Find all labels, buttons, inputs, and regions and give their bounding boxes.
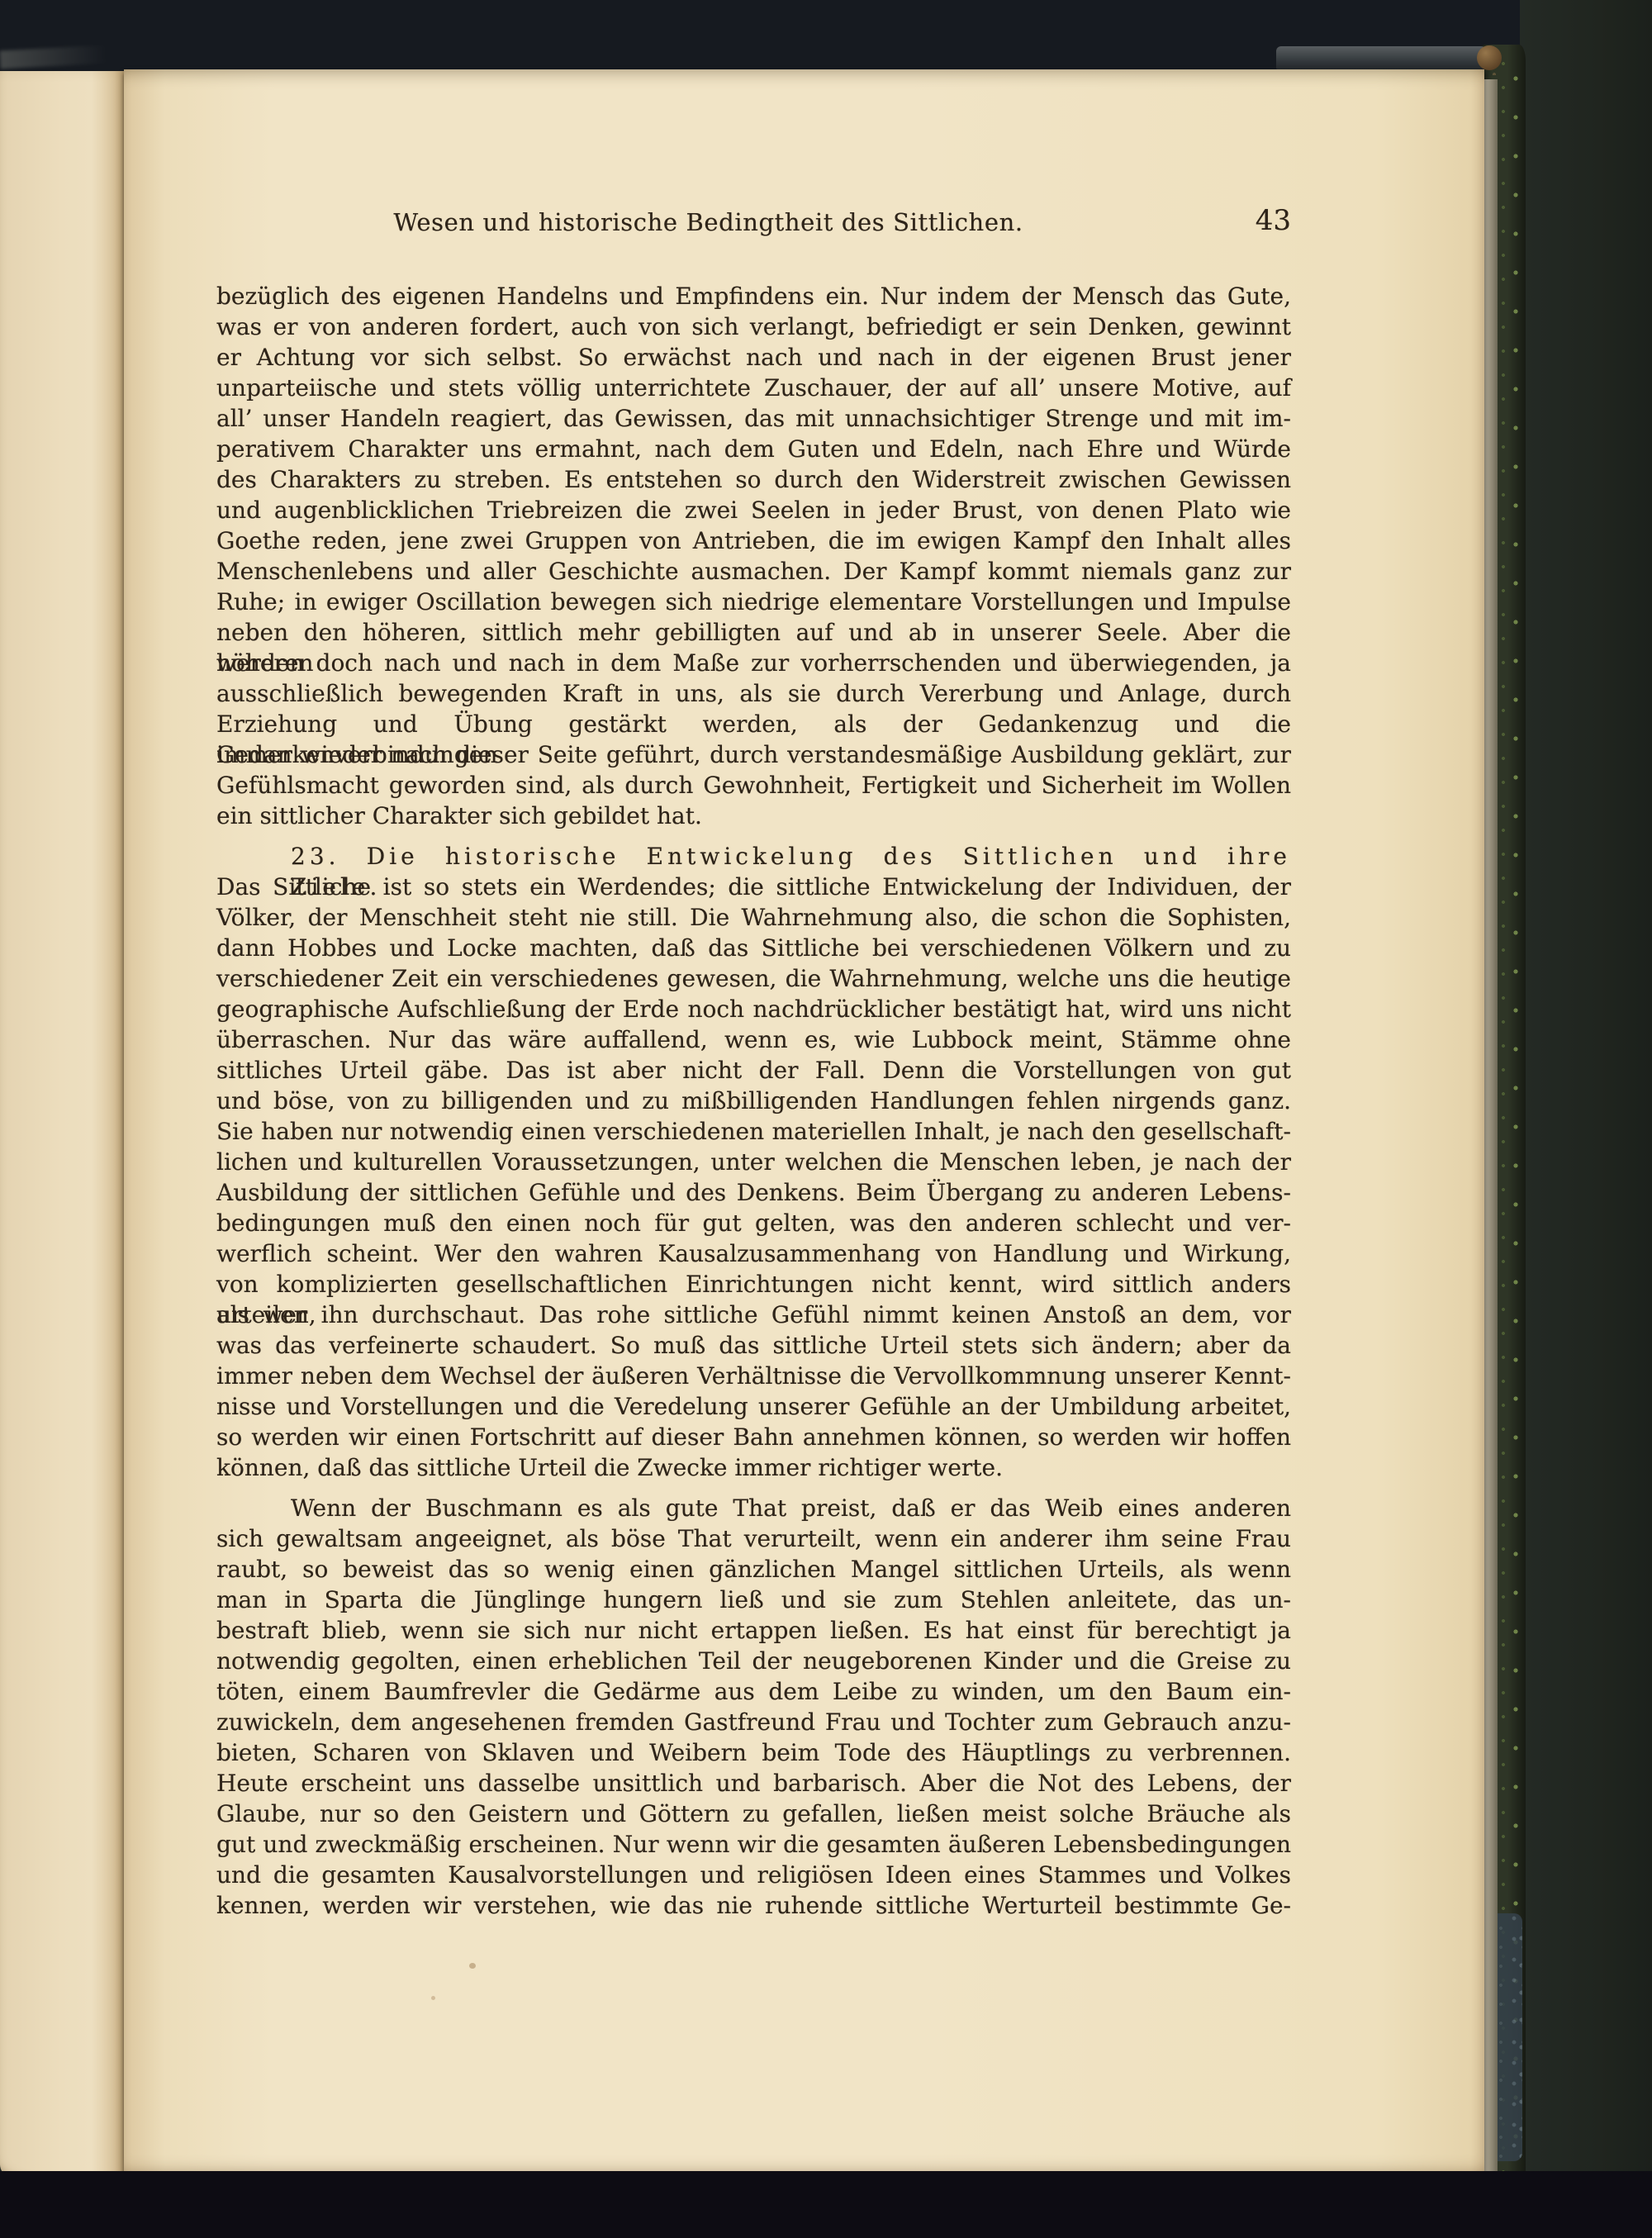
text-line: lichen und kulturellen Voraussetzungen, … <box>216 1147 1291 1177</box>
paper-speck <box>469 1963 476 1969</box>
paper-speck <box>431 1996 435 2000</box>
text-line: so werden wir einen Fortschritt auf dies… <box>216 1422 1291 1452</box>
text-line: kennen, werden wir verstehen, wie das ni… <box>216 1890 1291 1921</box>
text-line: Gefühlsmacht geworden sind, als durch Ge… <box>216 770 1291 801</box>
text-line: Erziehung und Übung gestärkt werden, als… <box>216 709 1291 739</box>
section-heading-line: 23. Die historische Entwickelung des Sit… <box>216 841 1291 872</box>
text-line: dann Hobbes und Locke machten, daß das S… <box>216 933 1291 963</box>
text-line: und böse, von zu billigenden und zu mißb… <box>216 1086 1291 1116</box>
text-line: perativem Charakter uns ermahnt, nach de… <box>216 434 1291 464</box>
paragraph: Wenn der Buschmann es als gute That prei… <box>216 1493 1291 1921</box>
text-line: als wer ihn durchschaut. Das rohe sittli… <box>216 1300 1291 1330</box>
text-line: Ruhe; in ewiger Oscillation bewegen sich… <box>216 587 1291 617</box>
text-line: Wenn der Buschmann es als gute That prei… <box>216 1493 1291 1523</box>
text-line: raubt, so beweist das so wenig einen gän… <box>216 1554 1291 1585</box>
text-line: bedingungen muß den einen noch für gut g… <box>216 1208 1291 1238</box>
scan-background-bottom <box>0 2171 1652 2238</box>
text-line: er Achtung vor sich selbst. So erwächst … <box>216 342 1291 373</box>
text-line: Heute erscheint uns dasselbe unsittlich … <box>216 1768 1291 1798</box>
text-line: Menschenlebens und aller Geschichte ausm… <box>216 556 1291 587</box>
paragraph: 23. Die historische Entwickelung des Sit… <box>216 841 1291 1483</box>
text-line: werden doch nach und nach in dem Maße zu… <box>216 648 1291 678</box>
text-line: Völker, der Menschheit steht nie still. … <box>216 902 1291 933</box>
text-line: all’ unser Handeln reagiert, das Gewisse… <box>216 403 1291 434</box>
page-number: 43 <box>1256 204 1291 237</box>
text-line: geographische Aufschließung der Erde noc… <box>216 994 1291 1024</box>
text-line: sittliches Urteil gäbe. Das ist aber nic… <box>216 1055 1291 1086</box>
text-line: man in Sparta die Jünglinge hungern ließ… <box>216 1585 1291 1615</box>
text-line: was das verfeinerte schaudert. So muß da… <box>216 1330 1291 1361</box>
text-line: werflich scheint. Wer den wahren Kausalz… <box>216 1238 1291 1269</box>
text-line: töten, einem Baumfrevler die Gedärme aus… <box>216 1676 1291 1707</box>
book-page: Wesen und historische Bedingtheit des Si… <box>124 69 1484 2173</box>
text-line: neben den höheren, sittlich mehr gebilli… <box>216 617 1291 648</box>
book-scan: Wesen und historische Bedingtheit des Si… <box>0 0 1652 2238</box>
text-line: gut und zweckmäßig erscheinen. Nur wenn … <box>216 1829 1291 1860</box>
text-line: und die gesamten Kausalvorstellungen und… <box>216 1860 1291 1890</box>
text-line: was er von anderen fordert, auch von sic… <box>216 311 1291 342</box>
text-line: notwendig gegolten, einen erheblichen Te… <box>216 1646 1291 1676</box>
text-line: überraschen. Nur das wäre auffallend, we… <box>216 1024 1291 1055</box>
book-cover-top-edge <box>1276 46 1489 69</box>
facing-page-edge <box>0 71 127 2186</box>
text-line: bieten, Scharen von Sklaven und Weibern … <box>216 1737 1291 1768</box>
running-title: Wesen und historische Bedingtheit des Si… <box>216 208 1200 236</box>
text-line: nisse und Vorstellungen und die Veredelu… <box>216 1391 1291 1422</box>
paper-speck <box>1101 534 1104 537</box>
text-line: und augenblicklichen Triebreizen die zwe… <box>216 495 1291 525</box>
scan-background-right <box>1520 0 1652 2238</box>
text-line: sich gewaltsam angeeignet, als böse That… <box>216 1523 1291 1554</box>
text-line: bestraft blieb, wenn sie sich nur nicht … <box>216 1615 1291 1646</box>
book-block-edge <box>1483 79 1498 2171</box>
text-line: immer neben dem Wechsel der äußeren Verh… <box>216 1361 1291 1391</box>
text-line: Goethe reden, jene zwei Gruppen von Antr… <box>216 525 1291 556</box>
paragraph: bezüglich des eigenen Handelns und Empfi… <box>216 281 1291 831</box>
text-line: Das Sittliche ist so stets ein Werdendes… <box>216 872 1291 902</box>
text-line: ein sittlicher Charakter sich gebildet h… <box>216 801 1291 831</box>
text-line: ausschließlich bewegenden Kraft in uns, … <box>216 678 1291 709</box>
text-line: unparteiische und stets völlig unterrich… <box>216 373 1291 403</box>
text-line: immer wieder nach dieser Seite geführt, … <box>216 739 1291 770</box>
text-line: bezüglich des eigenen Handelns und Empfi… <box>216 281 1291 311</box>
text-line: Glaube, nur so den Geistern und Göttern … <box>216 1798 1291 1829</box>
text-line: zuwickeln, dem angesehenen fremden Gastf… <box>216 1707 1291 1737</box>
text-line: von komplizierten gesellschaftlichen Ein… <box>216 1269 1291 1300</box>
text-line: Ausbildung der sittlichen Gefühle und de… <box>216 1177 1291 1208</box>
book-cover-corner-knob <box>1477 45 1502 70</box>
text-block: bezüglich des eigenen Handelns und Empfi… <box>216 281 1291 1921</box>
page-header: Wesen und historische Bedingtheit des Si… <box>216 208 1291 243</box>
text-line: des Charakters zu streben. Es entstehen … <box>216 464 1291 495</box>
text-line: verschiedener Zeit ein verschiedenes gew… <box>216 963 1291 994</box>
text-line: Sie haben nur notwendig einen verschiede… <box>216 1116 1291 1147</box>
text-line: können, daß das sittliche Urteil die Zwe… <box>216 1452 1291 1483</box>
